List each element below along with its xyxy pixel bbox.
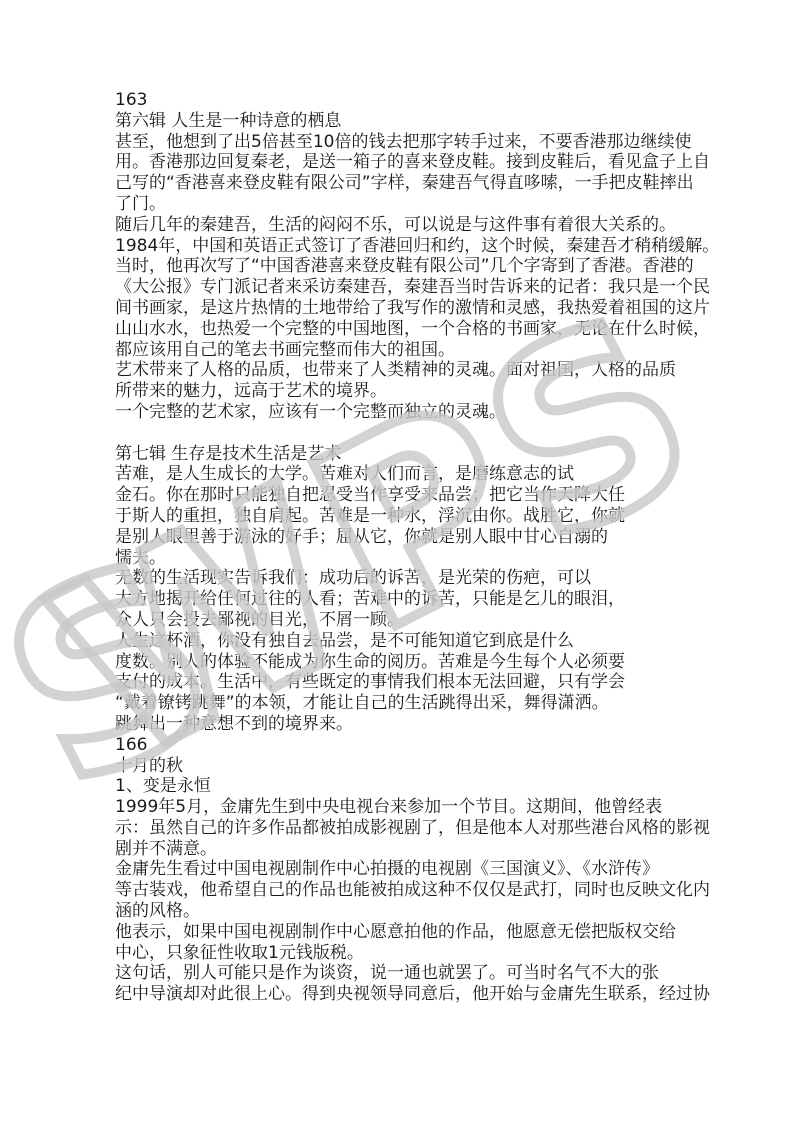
text-line: 众人只会投去鄙视的目光，不屑一顾。	[115, 610, 715, 631]
text-line: 己写的“香港喜来登皮鞋有限公司”字样，秦建吾气得直哆嗦，一手把皮鞋摔出	[115, 173, 715, 194]
text-line: 大方地揭开给任何过往的人看；苦难中的诉苦，只能是乞儿的眼泪，	[115, 589, 715, 610]
text-line: 苦难，是人生成长的大学。苦难对人们而言，是磨练意志的试	[115, 464, 715, 485]
text-line: 无数的生活现实告诉我们：成功后的诉苦，是光荣的伤疤，可以	[115, 568, 715, 589]
text-line: 随后几年的秦建吾，生活的闷闷不乐，可以说是与这件事有着很大关系的。	[115, 215, 715, 236]
text-line: 第七辑 生存是技术生活是艺术	[115, 444, 715, 465]
text-line: 163	[115, 90, 715, 111]
text-line	[115, 423, 715, 444]
text-line: 度数。别人的体验不能成为你生命的阅历。苦难是今生每个人必须要	[115, 652, 715, 673]
text-line: 166	[115, 735, 715, 756]
text-line: 金庸先生看过中国电视剧制作中心拍摄的电视剧《三国演义》、《水浒传》	[115, 859, 715, 880]
text-line: 人生这杯酒，你没有独自去品尝，是不可能知道它到底是什么	[115, 631, 715, 652]
text-line: 所带来的魅力，远高于艺术的境界。	[115, 381, 715, 402]
text-line: 1、变是永恒	[115, 776, 715, 797]
text-line: 于斯人的重担，独自肩起。苦难是一种水，浮沉由你。战胜它，你就	[115, 506, 715, 527]
text-line: 示：虽然自己的许多作品都被拍成影视剧了，但是他本人对那些港台风格的影视	[115, 818, 715, 839]
text-line: 山山水水，也热爱一个完整的中国地图，一个合格的书画家，无论在什么时候，	[115, 319, 715, 340]
text-line: 一个完整的艺术家，应该有一个完整而独立的灵魂。	[115, 402, 715, 423]
text-line: 剧并不满意。	[115, 839, 715, 860]
text-line: 甚至，他想到了出5倍甚至10倍的钱去把那字转手过来，不要香港那边继续使	[115, 132, 715, 153]
text-line: 用。香港那边回复秦老，是送一箱子的喜来登皮鞋。接到皮鞋后，看见盒子上自	[115, 152, 715, 173]
text-line: 都应该用自己的笔去书画完整而伟大的祖国。	[115, 340, 715, 361]
document-text-block: 163第六辑 人生是一种诗意的栖息甚至，他想到了出5倍甚至10倍的钱去把那字转手…	[115, 90, 715, 1005]
text-line: 金石。你在那时只能独自把忍受当作享受来品尝；把它当作天降大任	[115, 485, 715, 506]
text-line: 1984年，中国和英语正式签订了香港回归和约，这个时候，秦建吾才稍稍缓解。	[115, 236, 715, 257]
text-line: 懦夫。	[115, 548, 715, 569]
text-line: 他表示，如果中国电视剧制作中心愿意拍他的作品，他愿意无偿把版权交给	[115, 922, 715, 943]
text-line: 支付的成本。生活中，有些既定的事情我们根本无法回避，只有学会	[115, 672, 715, 693]
text-line: 跳舞出一种意想不到的境界来。	[115, 714, 715, 735]
text-line: 纪中导演却对此很上心。得到央视领导同意后，他开始与金庸先生联系，经过协	[115, 984, 715, 1005]
text-line: “戴着镣铐跳舞”的本领，才能让自己的生活跳得出采，舞得潇洒。	[115, 693, 715, 714]
text-line: 这句话，别人可能只是作为谈资，说一通也就罢了。可当时名气不大的张	[115, 963, 715, 984]
text-line: 等古装戏，他希望自己的作品也能被拍成这种不仅仅是武打，同时也反映文化内	[115, 880, 715, 901]
text-line: 是别人眼里善于游泳的好手；屈从它，你就是别人眼中甘心自溺的	[115, 527, 715, 548]
text-line: 《大公报》专门派记者来采访秦建吾，秦建吾当时告诉来的记者：我只是一个民	[115, 277, 715, 298]
text-line: 十月的秋	[115, 756, 715, 777]
text-line: 当时，他再次写了“中国香港喜来登皮鞋有限公司”几个字寄到了香港。香港的	[115, 256, 715, 277]
text-line: 第六辑 人生是一种诗意的栖息	[115, 111, 715, 132]
text-line: 涵的风格。	[115, 901, 715, 922]
text-line: 间书画家，是这片热情的土地带给了我写作的激情和灵感，我热爱着祖国的这片	[115, 298, 715, 319]
text-line: 中心，只象征性收取1元钱版税。	[115, 943, 715, 964]
text-line: 1999年5月，金庸先生到中央电视台来参加一个节目。这期间，他曾经表	[115, 797, 715, 818]
text-line: 了门。	[115, 194, 715, 215]
document-page: 163第六辑 人生是一种诗意的栖息甚至，他想到了出5倍甚至10倍的钱去把那字转手…	[0, 0, 793, 1122]
text-line: 艺术带来了人格的品质，也带来了人类精神的灵魂。面对祖国，人格的品质	[115, 360, 715, 381]
